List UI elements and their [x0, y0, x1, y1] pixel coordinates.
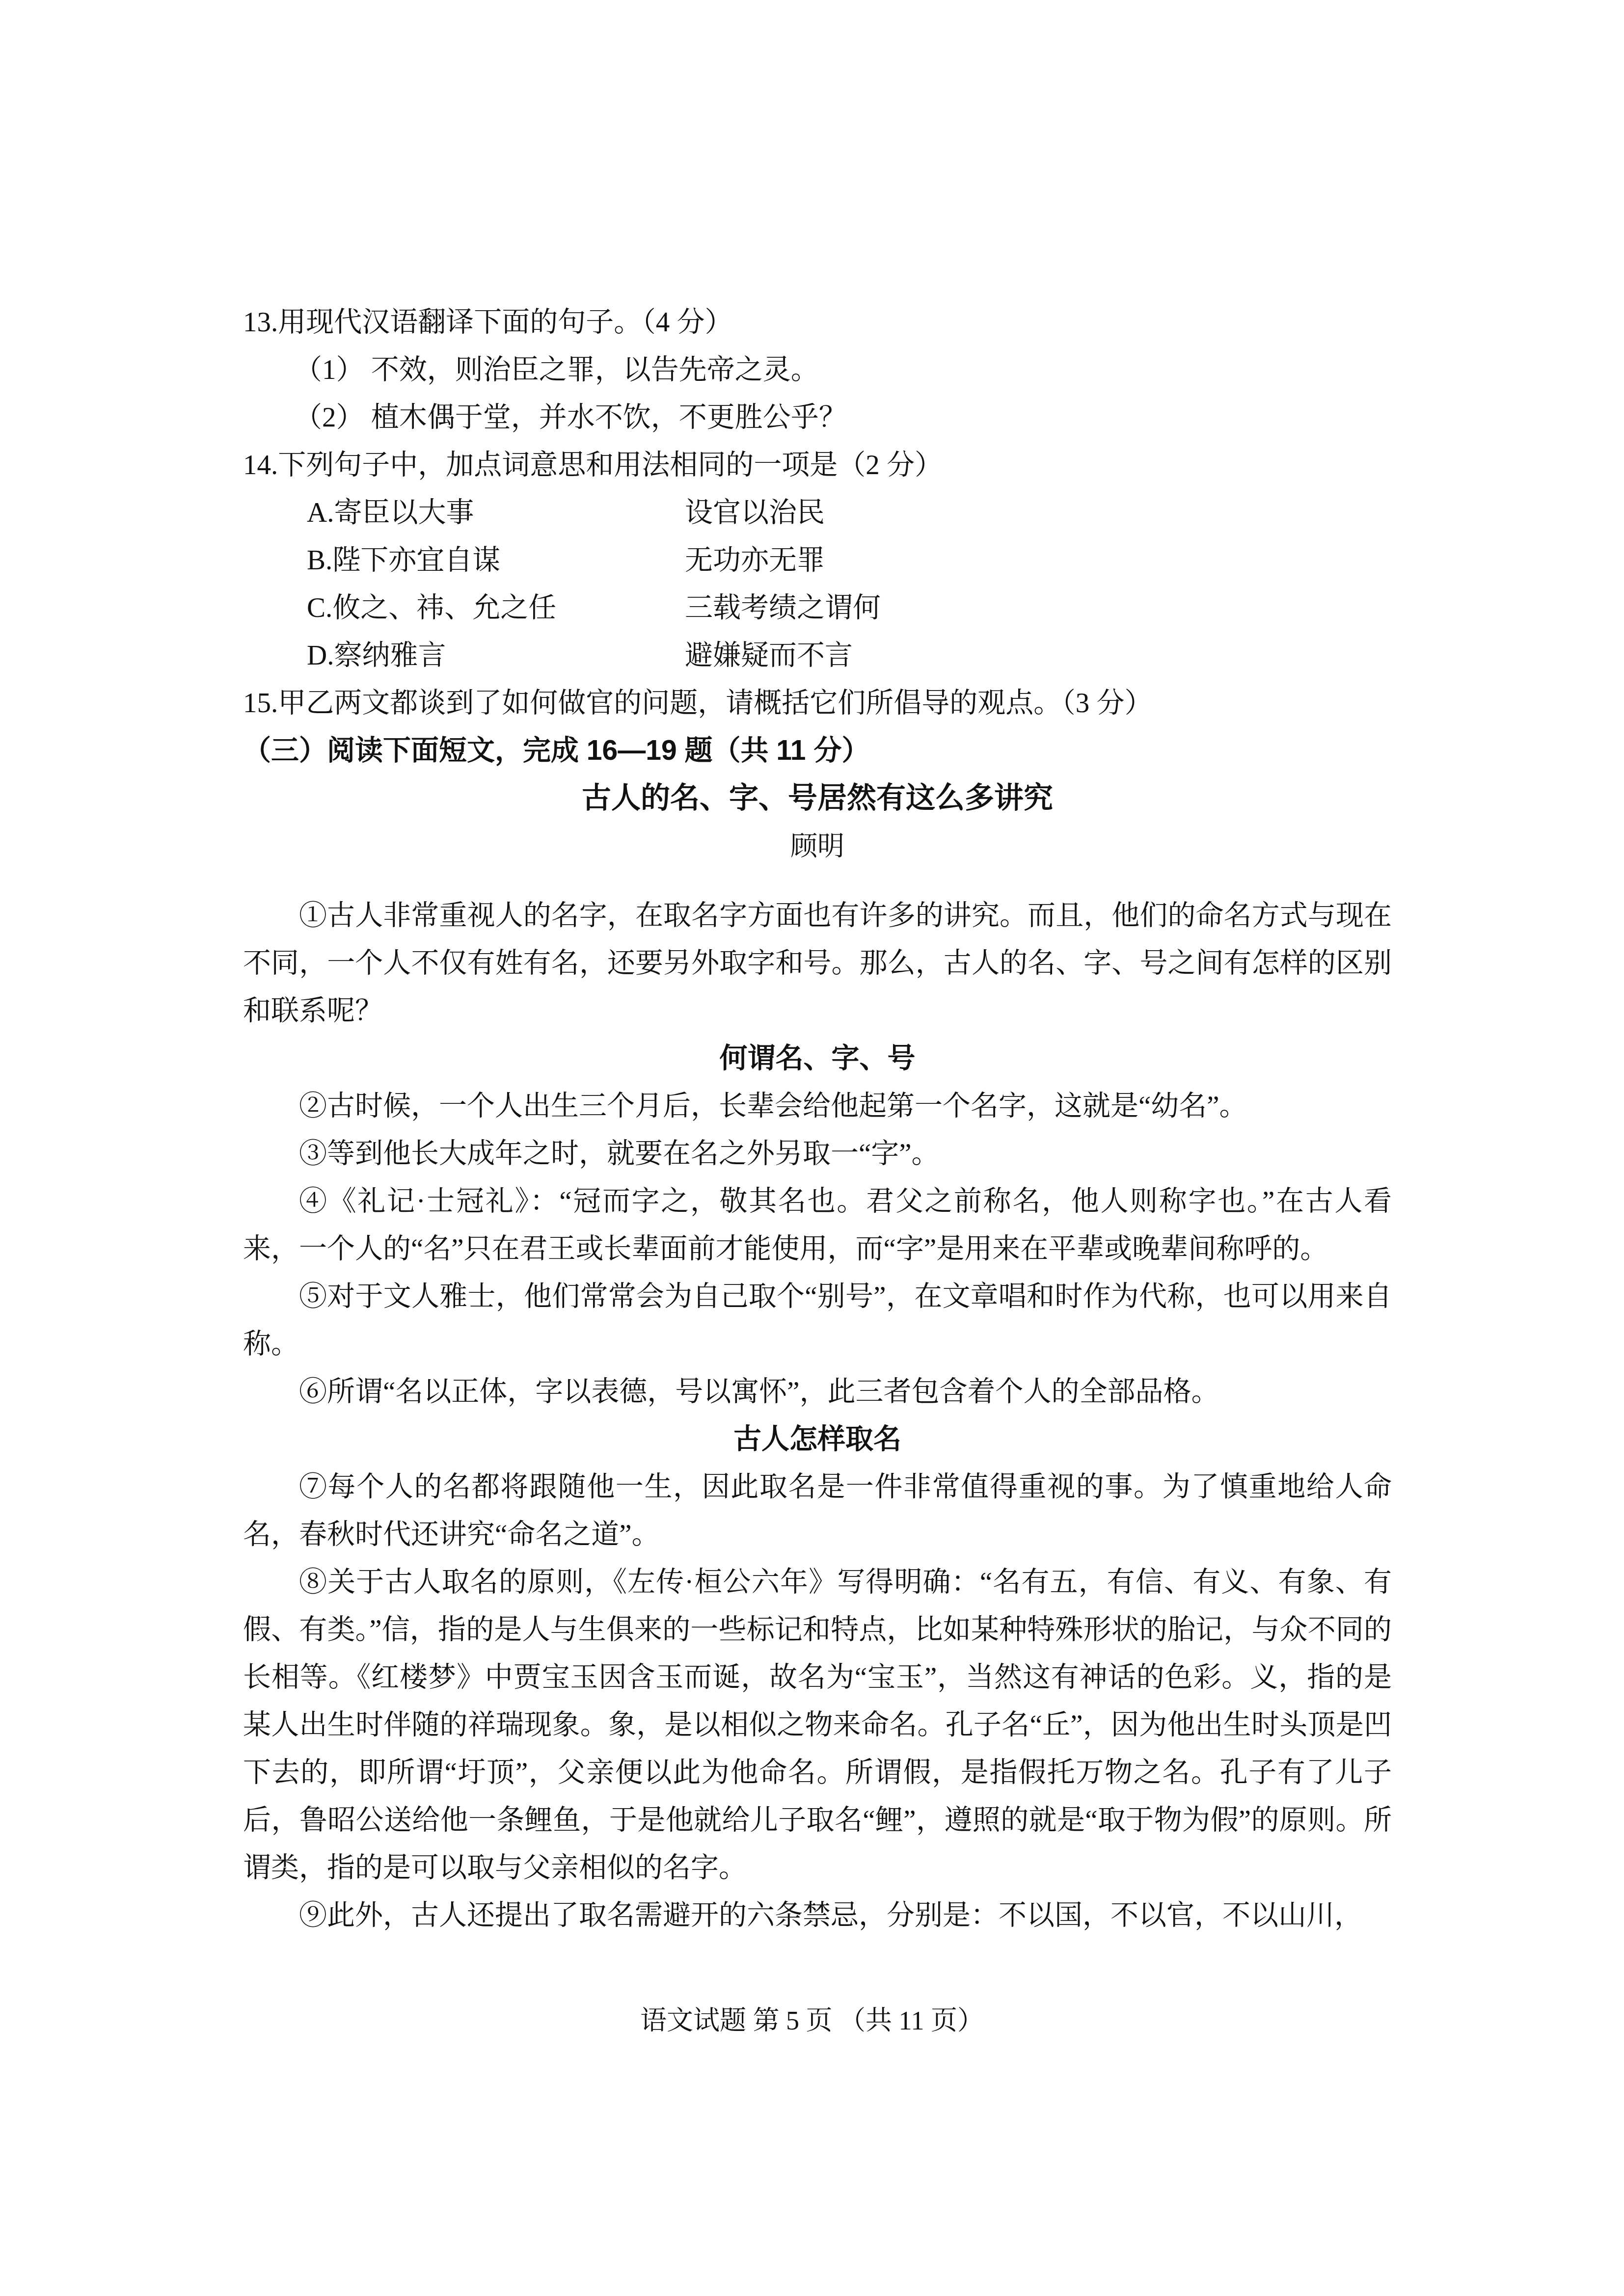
article-paragraph-6: ⑥所谓“名以正体，字以表德，号以寓怀”，此三者包含着个人的全部品格。 — [243, 1368, 1392, 1415]
article-paragraph-3: ③等到他长大成年之时，就要在名之外另取一“字”。 — [243, 1130, 1392, 1177]
article-paragraph-9: ⑨此外，古人还提出了取名需避开的六条禁忌，分别是：不以国，不以官，不以山川， — [243, 1892, 1392, 1939]
page-content: 13.用现代汉语翻译下面的句子。（4 分） （1） 不效，则治臣之罪，以告先帝之… — [243, 298, 1392, 1939]
option-d-right: 避嫌疑而不言 — [685, 632, 1392, 679]
question-15-stem: 15.甲乙两文都谈到了如何做官的问题，请概括它们所倡导的观点。（3 分） — [243, 679, 1392, 727]
question-13-sentence-2: （2） 植木偶于堂，并水不饮，不更胜公乎？ — [243, 394, 1392, 441]
article-paragraph-1: ①古人非常重视人的名字，在取名字方面也有许多的讲究。而且，他们的命名方式与现在不… — [243, 892, 1392, 1035]
option-b-right: 无功亦无罪 — [685, 536, 1392, 584]
article-subheader-1: 何谓名、字、号 — [243, 1035, 1392, 1082]
exam-paper-page: 13.用现代汉语翻译下面的句子。（4 分） （1） 不效，则治臣之罪，以告先帝之… — [0, 0, 1624, 2296]
article-paragraph-8: ⑧关于古人取名的原则，《左传·桓公六年》写得明确：“名有五，有信、有义、有象、有… — [243, 1558, 1392, 1892]
article-paragraph-2: ②古时候，一个人出生三个月后，长辈会给他起第一个名字，这就是“幼名”。 — [243, 1082, 1392, 1130]
option-c-left: C.攸之、祎、允之任 — [243, 584, 685, 632]
option-a-left: A.寄臣以大事 — [243, 489, 685, 536]
section-3-header: （三）阅读下面短文，完成 16—19 题（共 11 分） — [243, 727, 1392, 774]
question-14-stem: 14.下列句子中，加点词意思和用法相同的一项是（2 分） — [243, 441, 1392, 489]
question-14-option-c: C.攸之、祎、允之任 三载考绩之谓何 — [243, 584, 1392, 632]
question-13-sentence-1: （1） 不效，则治臣之罪，以告先帝之灵。 — [243, 346, 1392, 394]
article-subheader-2: 古人怎样取名 — [243, 1415, 1392, 1463]
question-14-option-d: D.察纳雅言 避嫌疑而不言 — [243, 632, 1392, 679]
article-author: 顾明 — [243, 822, 1392, 870]
option-d-left: D.察纳雅言 — [243, 632, 685, 679]
article-title: 古人的名、字、号居然有这么多讲究 — [243, 774, 1392, 822]
question-14-option-b: B.陛下亦宜自谋 无功亦无罪 — [243, 536, 1392, 584]
article-paragraph-5: ⑤对于文人雅士，他们常常会为自己取个“别号”，在文章唱和时作为代称，也可以用来自… — [243, 1273, 1392, 1368]
option-b-left: B.陛下亦宜自谋 — [243, 536, 685, 584]
article-paragraph-4: ④《礼记·士冠礼》：“冠而字之，敬其名也。君父之前称名，他人则称字也。”在古人看… — [243, 1177, 1392, 1273]
article-paragraph-7: ⑦每个人的名都将跟随他一生，因此取名是一件非常值得重视的事。为了慎重地给人命名，… — [243, 1463, 1392, 1558]
option-a-right: 设官以治民 — [685, 489, 1392, 536]
option-c-right: 三载考绩之谓何 — [685, 584, 1392, 632]
question-13-stem: 13.用现代汉语翻译下面的句子。（4 分） — [243, 298, 1392, 346]
question-14-option-a: A.寄臣以大事 设官以治民 — [243, 489, 1392, 536]
page-footer: 语文试题 第 5 页 （共 11 页） — [0, 2003, 1624, 2038]
